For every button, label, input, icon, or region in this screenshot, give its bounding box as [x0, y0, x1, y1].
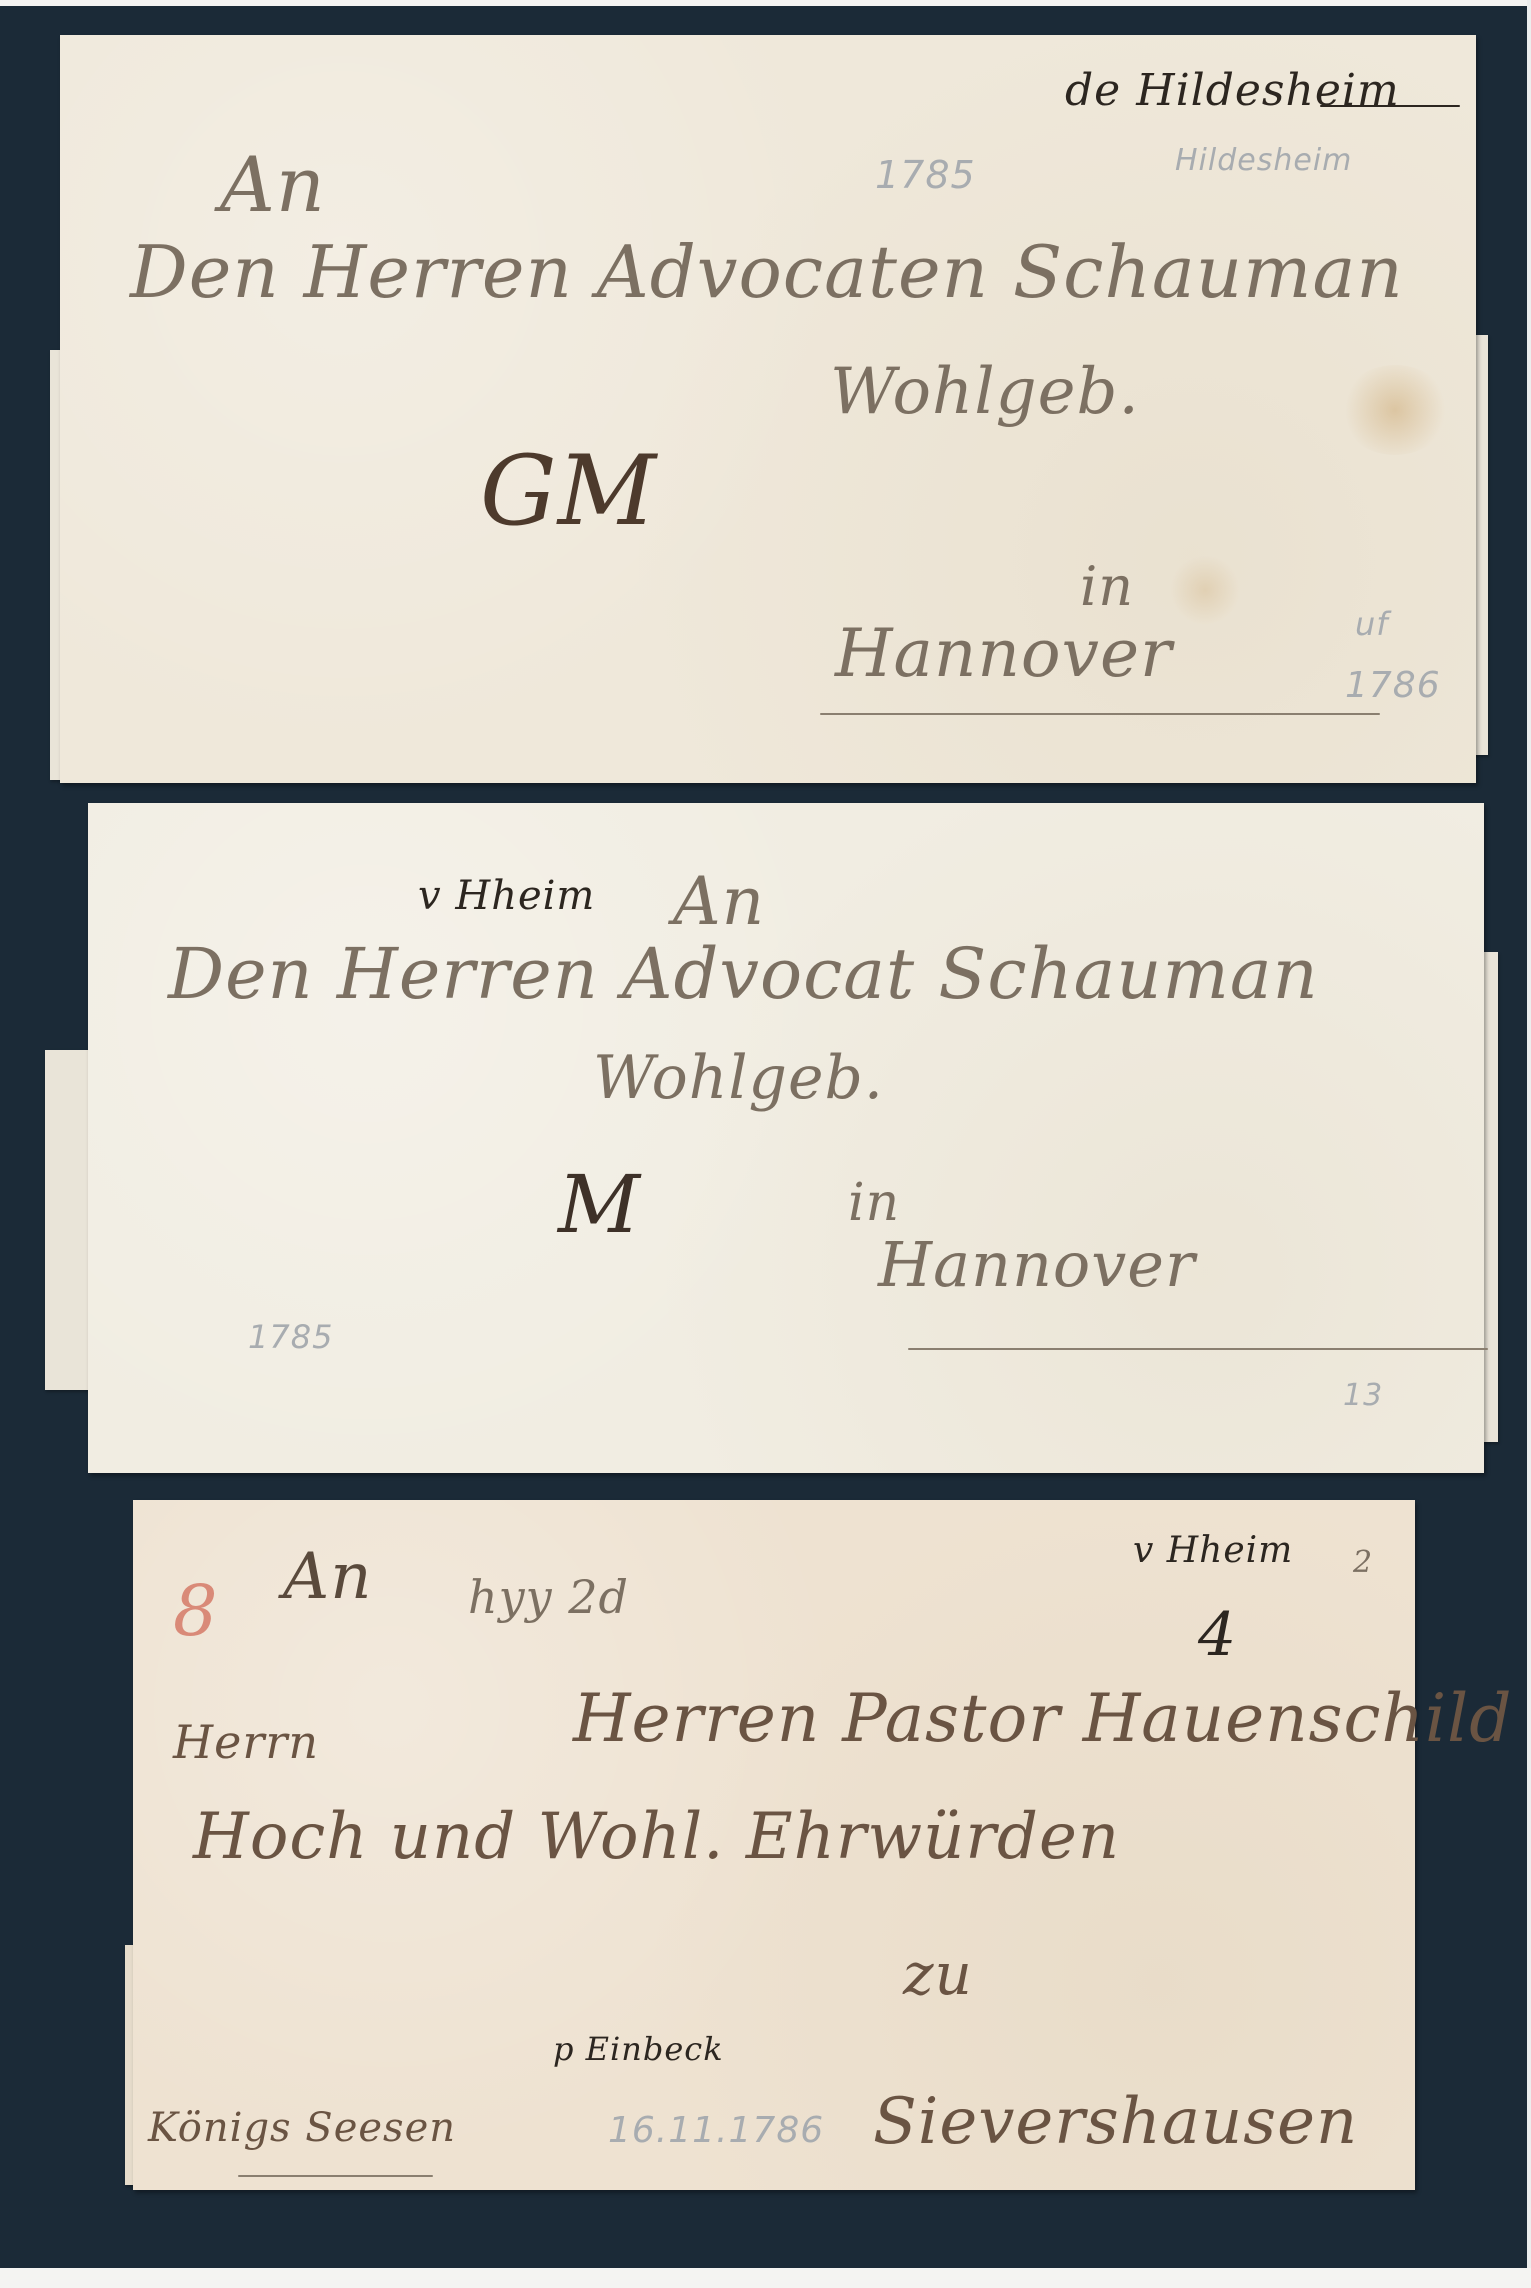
pencil-corner-note: 13 — [1343, 1378, 1383, 1413]
letter-2: v Hheim An Den Herren Advocat Schauman W… — [88, 803, 1484, 1473]
salutation: An — [220, 140, 326, 229]
red-rate-mark: 8 — [173, 1570, 219, 1652]
route-mark: p Einbeck — [553, 2030, 724, 2068]
address-line-1: Den Herren Advocaten Schauman — [130, 230, 1404, 314]
pencil-year-note: 1785 — [248, 1318, 333, 1356]
note-top: hyy 2d — [468, 1570, 629, 1624]
origin-suffix: 2 — [1353, 1545, 1373, 1580]
origin-mark: de Hildesheim — [1065, 65, 1400, 116]
forwarding-underline — [238, 2175, 433, 2177]
scan-right-border — [1527, 0, 1531, 2288]
initials-mark: GM — [480, 435, 657, 547]
destination: Hannover — [835, 615, 1173, 692]
forwarding-mark: Königs Seesen — [148, 2105, 456, 2151]
pencil-year-note: 1785 — [875, 153, 976, 197]
origin-mark: v Hheim — [1133, 1530, 1293, 1571]
address-line-3: zu — [903, 1940, 973, 2008]
pencil-corner-year: 1786 — [1345, 665, 1441, 706]
address-line-3: in — [1080, 555, 1134, 618]
address-prefix: Herrn — [173, 1715, 319, 1769]
foxing-stain — [1340, 365, 1450, 455]
pencil-corner-note: uf — [1355, 605, 1389, 643]
rate-mark: 4 — [1198, 1600, 1237, 1670]
destination: Sievershausen — [873, 2085, 1358, 2159]
origin-mark: v Hheim — [418, 873, 595, 919]
pencil-date-note: 16.11.1786 — [608, 2110, 824, 2151]
letter-3: 8 An hyy 2d v Hheim 2 4 Herrn Herren Pas… — [133, 1500, 1415, 2190]
salutation: An — [283, 1540, 372, 1614]
destination-underline — [820, 713, 1380, 715]
address-line-2: Wohlgeb. — [593, 1043, 884, 1113]
letter-1: de Hildesheim Hildesheim 1785 An Den Her… — [60, 35, 1476, 783]
salutation: An — [673, 863, 765, 940]
address-line-2: Wohlgeb. — [830, 355, 1140, 429]
foxing-stain — [1170, 555, 1240, 625]
address-line-1: Den Herren Advocat Schauman — [168, 933, 1319, 1015]
address-line-2: Hoch und Wohl. Ehrwürden — [193, 1800, 1120, 1874]
pencil-place-note: Hildesheim — [1175, 143, 1352, 178]
destination: Hannover — [878, 1228, 1196, 1301]
address-line-1: Herren Pastor Hauenschild — [573, 1680, 1513, 1757]
scan-bottom-border — [0, 2268, 1531, 2288]
destination-underline — [908, 1348, 1488, 1350]
initials-mark: M — [558, 1158, 641, 1251]
origin-mark-flourish — [1320, 105, 1460, 107]
address-line-3: in — [848, 1173, 900, 1233]
scan-top-border — [0, 0, 1531, 6]
